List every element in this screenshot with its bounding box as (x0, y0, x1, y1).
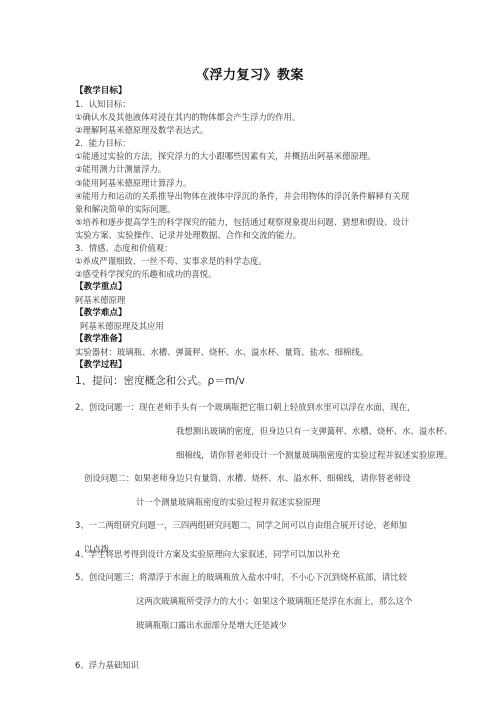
preparation-text: 实验器材：玻璃瓶、水槽、弹簧秤、烧杯、水、溢水杯、量筒、盐水、细棉线。 (75, 347, 368, 358)
document-page: 《浮力复习》教案 【教学目标】 1．认知目标： ①确认水及其他液体对浸在其内的物… (0, 0, 500, 707)
ability-item-5b: 实验方案、实验操作、记录并处理数据、合作和交流的能力。 (75, 230, 301, 241)
step-6: 6、浮力基础知识 (75, 660, 139, 671)
ability-item-3: ③能用阿基米德原理计算浮力。 (75, 178, 191, 189)
cognitive-title: 1．认知目标： (75, 99, 131, 110)
step-2b: 我想测出玻璃的密度，但身边只有一支弹簧秤、水槽、烧杯、水、溢水杯、 (176, 426, 452, 437)
key-points-header: 【教学重点】 (75, 282, 127, 293)
emotion-item-2: ②感受科学探究的乐趣和成功的喜悦。 (75, 269, 217, 280)
difficulty-header: 【教学难点】 (75, 308, 127, 319)
step-5b: 这两次玻璃瓶所受浮力的大小；如果这个玻璃瓶还是浮在水面上，那么这个 (136, 596, 412, 607)
ability-item-4b: 象和解决简单的实际问题。 (75, 204, 176, 215)
step-5c: 玻璃瓶瓶口露出水面部分是增大还是减少 (136, 620, 287, 631)
ability-title: 2．能力目标： (75, 138, 131, 149)
cognitive-item-2: ②理解阿基米德原理及数学表达式。 (75, 125, 208, 136)
step-2c: 细棉线，请你替老师设计一个测量玻璃瓶密度的实验过程并叙述实验原理。 (176, 450, 452, 461)
step-2d: 创设问题二：如果老师身边只有量筒、水槽、烧杯、水、溢水杯、细棉线，请你替老师设 (84, 473, 411, 484)
step-2e: 计一个测量玻璃瓶密度的实验过程并叙述实验原理 (136, 497, 320, 508)
step-4: 4、学生将思考得到设计方案及实验原理向大家叙述，同学可以加以补充 (75, 549, 340, 560)
ability-item-4a: ④能用力和运动的关系推导出物体在液体中浮沉的条件，并会用物体的浮沉条件解释有关现 (75, 191, 409, 202)
emotion-item-1: ①养成严谨细致、一丝不苟、实事求是的科学态度。 (75, 256, 267, 267)
document-title: 《浮力复习》教案 (0, 64, 500, 83)
step-3a: 3、一二两组研究问题一，三四两组研究问题二，同学之间可以自由组合展开讨论，老师加 (75, 520, 407, 531)
step-1: 1、提问：密度概念和公式。ρ＝m/v (75, 376, 245, 387)
objectives-header: 【教学目标】 (75, 86, 127, 97)
preparation-header: 【教学准备】 (75, 334, 127, 345)
emotion-title: 3．情感、态度和价值观： (75, 243, 172, 254)
process-header: 【教学过程】 (75, 360, 127, 371)
cognitive-item-1: ①确认水及其他液体对浸在其内的物体都会产生浮力的作用。 (75, 112, 300, 123)
ability-item-5a: ⑤培养和逐步提高学生的科学探究的能力，包括通过观察现象提出问题、猜想和假设、设计 (75, 217, 409, 228)
ability-item-2: ②能用测力计测量浮力。 (75, 164, 166, 175)
step-5a: 5、创设问题三：将漂浮于水面上的玻璃瓶放入盐水中时，不小心下沉到烧杯底部，请比较 (75, 572, 407, 583)
key-points-text: 阿基米德原理 (75, 295, 125, 306)
ability-item-1: ①能通过实验的方法，探究浮力的大小跟哪些因素有关，并概括出阿基米德原理。 (75, 151, 376, 162)
difficulty-text: 阿基米德原理及其应用 (80, 321, 164, 332)
step-2a: 2、创设问题一：现在老师手头有一个玻璃瓶把它瓶口朝上轻放到水里可以浮在水面，现在… (75, 402, 415, 413)
